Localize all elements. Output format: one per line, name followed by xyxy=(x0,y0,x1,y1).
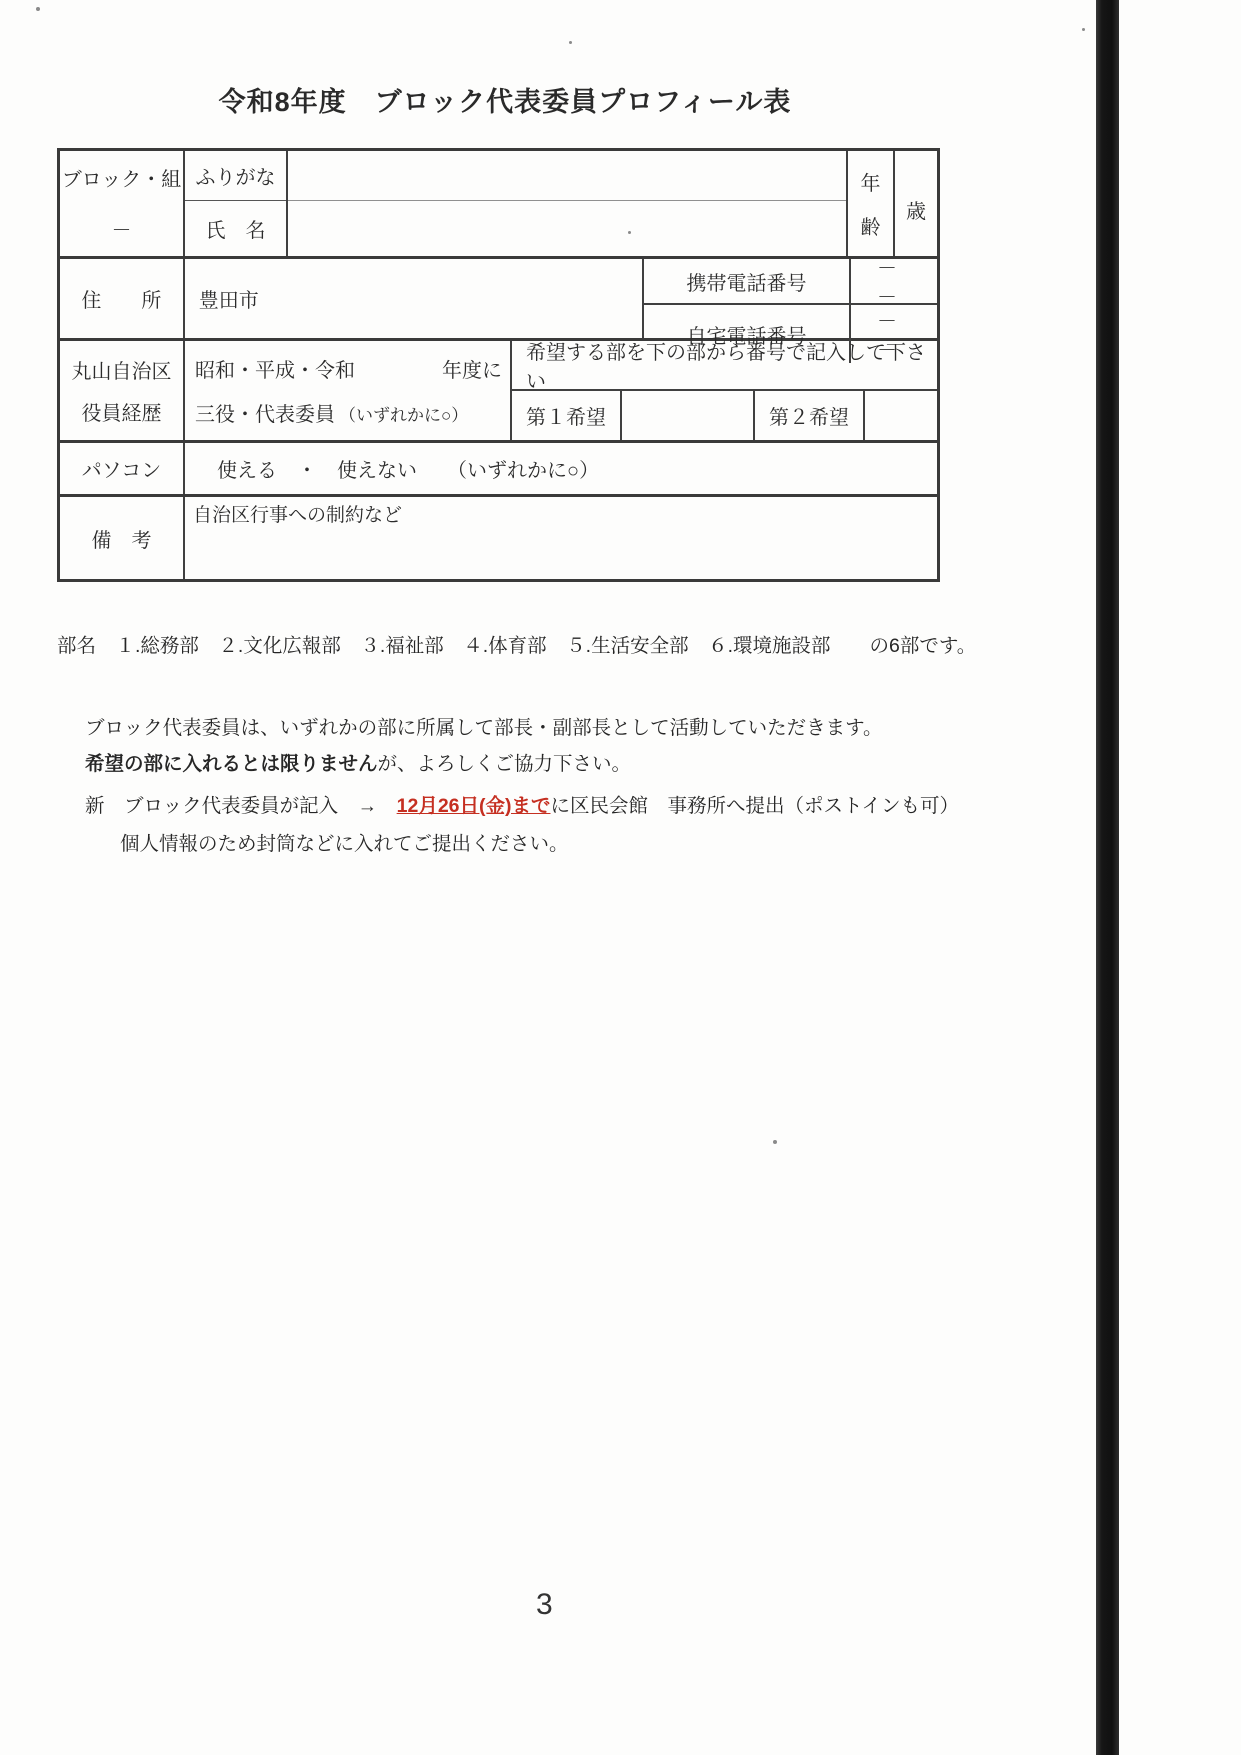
history-label-line2: 役員経歴 xyxy=(82,397,162,426)
remarks-label: 備 考 xyxy=(60,497,185,579)
block-group-value: － xyxy=(112,214,132,243)
age-label-cell: 年 齢 xyxy=(848,151,895,256)
pc-options-label: 使える ・ 使えない （いずれかに○） xyxy=(185,443,937,494)
name-label: 氏 名 xyxy=(185,201,286,256)
note-submit-line: 新 ブロック代表委員が記入 → 12月26日(金)までに区民会館 事務所へ提出（… xyxy=(85,790,959,818)
submit-deadline-text: 12月26日(金)まで xyxy=(397,795,551,817)
remarks-hint-label: 自治区行事への制約など xyxy=(193,505,402,526)
age-input-cell: 歳 xyxy=(895,151,937,256)
mobile-phone-row: 携帯電話番号 － － xyxy=(644,259,937,305)
note-wish-line: 希望の部に入れるとは限りませんが、よろしくご協力下さい。 xyxy=(85,748,631,776)
row-remarks: 備 考 自治区行事への制約など xyxy=(60,497,937,579)
role-line: 三役・代表委員 （いずれかに○） xyxy=(185,398,510,427)
page-number: 3 xyxy=(536,1588,553,1622)
wish-instruction-label: 希望する部を下の部から番号で記入して下さい xyxy=(512,341,937,391)
phone-group: 携帯電話番号 － － 自宅電話番号 － － xyxy=(644,259,937,338)
history-label-line1: 丸山自治区 xyxy=(72,355,172,384)
row-name: ブロック・組 － ふりがな 氏 名 年 齢 歳 xyxy=(60,151,937,259)
block-group-cell: ブロック・組 － xyxy=(60,151,185,256)
scan-edge-bar xyxy=(1096,0,1119,1755)
profile-form-table: ブロック・組 － ふりがな 氏 名 年 齢 歳 住 所 豊田市 xyxy=(57,148,940,582)
scan-speck xyxy=(628,231,631,234)
scan-speck xyxy=(36,7,40,11)
scanned-form-page: 令和8年度 ブロック代表委員プロフィール表 ブロック・組 － ふりがな 氏 名 … xyxy=(0,0,1241,1755)
note-submit-rest: に区民会館 事務所へ提出（ポストインも可） xyxy=(551,795,960,817)
era-options-label: 昭和・平成・令和 xyxy=(195,354,355,383)
note-privacy-line: 個人情報のため封筒などに入れてご提出ください。 xyxy=(120,828,569,856)
wish-area: 希望する部を下の部から番号で記入して下さい 第１希望 第２希望 xyxy=(512,341,937,440)
page-title: 令和8年度 ブロック代表委員プロフィール表 xyxy=(219,80,792,119)
address-label: 住 所 xyxy=(60,259,185,338)
furigana-label: ふりがな xyxy=(185,151,286,201)
scan-speck xyxy=(569,41,572,44)
history-label-cell: 丸山自治区 役員経歴 xyxy=(60,341,185,440)
age-unit-label: 歳 xyxy=(906,195,926,224)
department-list-line: 部名 １.総務部 ２.文化広報部 ３.福祉部 ４.体育部 ５.生活安全部 ６.環… xyxy=(57,630,976,658)
age-label-char1: 年 xyxy=(861,167,881,196)
era-suffix-label: 年度に xyxy=(442,354,502,383)
note-wish-bold: 希望の部に入れるとは限りません xyxy=(85,753,378,775)
age-label-char2: 齢 xyxy=(861,211,881,240)
block-group-label: ブロック・組 xyxy=(62,163,182,192)
remarks-input-cell: 自治区行事への制約など xyxy=(185,497,937,579)
era-line: 昭和・平成・令和 年度に xyxy=(185,354,510,383)
wish1-label: 第１希望 xyxy=(512,391,622,440)
role-options-label: 三役・代表委員 xyxy=(195,398,335,427)
address-city-value: 豊田市 xyxy=(199,284,259,313)
note-wish-rest: が、よろしくご協力下さい。 xyxy=(378,753,632,775)
row-address: 住 所 豊田市 携帯電話番号 － － 自宅電話番号 － － xyxy=(60,259,937,341)
furigana-input-field xyxy=(288,151,846,201)
row-history: 丸山自治区 役員経歴 昭和・平成・令和 年度に 三役・代表委員 （いずれかに○）… xyxy=(60,341,937,443)
mobile-phone-input-cell: － － xyxy=(851,259,937,303)
role-circle-note: （いずれかに○） xyxy=(339,401,468,426)
note-submit-prefix: 新 ブロック代表委員が記入 → xyxy=(85,795,397,817)
mobile-phone-label: 携帯電話番号 xyxy=(644,259,851,303)
wish-row: 第１希望 第２希望 xyxy=(512,391,937,440)
kana-name-label-cell: ふりがな 氏 名 xyxy=(185,151,288,256)
wish1-input-cell xyxy=(622,391,755,440)
scan-speck xyxy=(1082,28,1085,31)
scan-speck xyxy=(773,1140,777,1144)
row-pc: パソコン 使える ・ 使えない （いずれかに○） xyxy=(60,443,937,497)
era-role-cell: 昭和・平成・令和 年度に 三役・代表委員 （いずれかに○） xyxy=(185,341,512,440)
name-input-field xyxy=(288,201,846,256)
note-activity-line: ブロック代表委員は、いずれかの部に所属して部長・副部長として活動していただきます… xyxy=(85,712,883,740)
name-input-cell xyxy=(288,151,848,256)
wish2-input-cell xyxy=(865,391,937,440)
address-input-cell: 豊田市 xyxy=(185,259,644,338)
pc-label: パソコン xyxy=(60,443,185,494)
wish2-label: 第２希望 xyxy=(755,391,865,440)
